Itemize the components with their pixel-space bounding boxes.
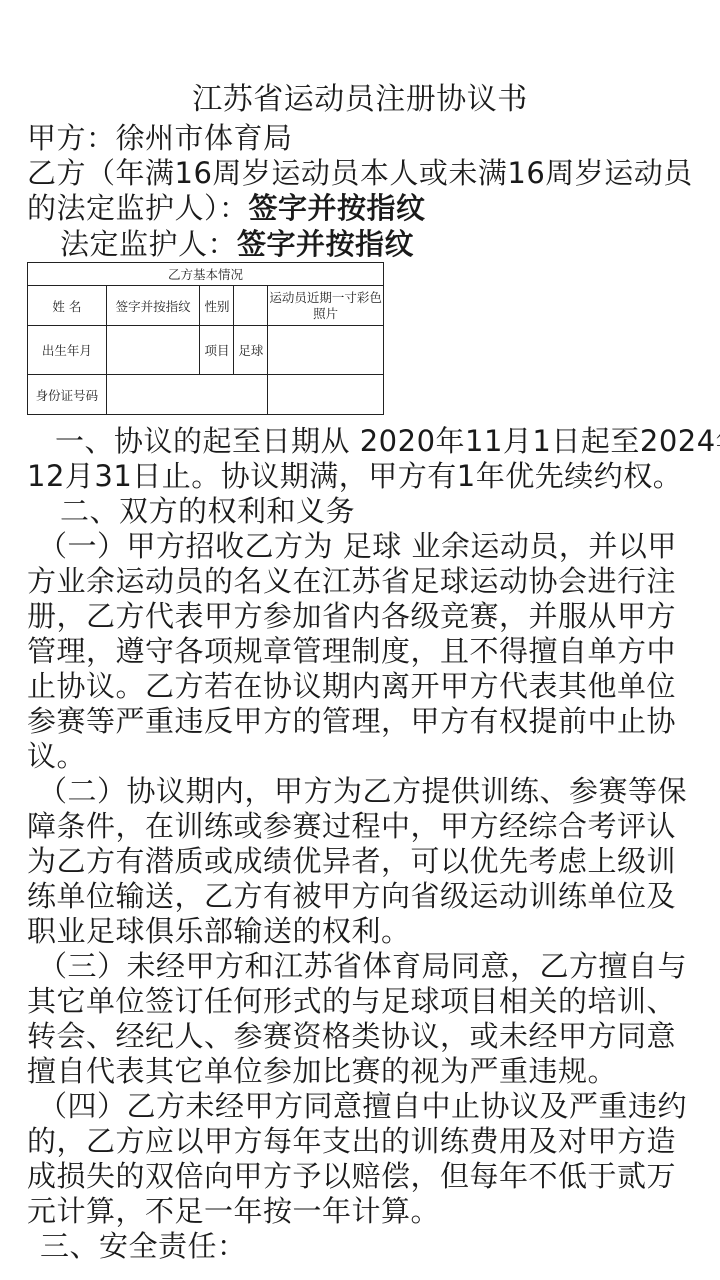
clause-2-2-line-1: （二）协议期内，甲方为乙方提供训练、参赛等保 — [38, 771, 687, 811]
clause-2-1-line-5: 止协议。乙方若在协议期内离开甲方代表其他单位 — [27, 666, 676, 706]
photo-area — [268, 326, 384, 375]
id-label: 身份证号码 — [28, 375, 107, 415]
section-2-heading: 二、双方的权利和义务 — [60, 491, 355, 531]
guardian-line: 法定监护人：签字并按指纹 — [60, 224, 414, 264]
table-title: 乙方基本情况 — [28, 263, 384, 286]
clause-2-3-line-3: 转会、经纪人、参赛资格类协议，或未经甲方同意 — [27, 1016, 676, 1056]
clause-2-1-line-4: 管理，遵守各项规章管理制度，且不得擅自单方中 — [27, 631, 676, 671]
gender-value — [234, 286, 268, 326]
party-b-line-1: 乙方（年满16周岁运动员本人或未满16周岁运动员 — [27, 153, 693, 193]
clause-2-4-line-1: （四）乙方未经甲方同意擅自中止协议及严重违约 — [38, 1086, 687, 1126]
party-b-label: 的法定监护人）： — [27, 191, 249, 225]
section-3-heading: 三、安全责任： — [40, 1226, 247, 1266]
name-label: 姓 名 — [28, 286, 107, 326]
name-value: 签字并按指纹 — [106, 286, 200, 326]
clause-2-1-line-3: 册，乙方代表甲方参加省内各级竞赛，并服从甲方 — [27, 596, 676, 636]
clause-2-2-line-4: 练单位输送，乙方有被甲方向省级运动训练单位及 — [27, 876, 676, 916]
id-value — [106, 375, 268, 415]
clause-2-3-line-4: 擅自代表其它单位参加比赛的视为严重违规。 — [27, 1051, 617, 1091]
photo-area-lower — [268, 375, 384, 415]
document-title: 江苏省运动员注册协议书 — [0, 80, 720, 120]
clause-2-4-line-3: 成损失的双倍向甲方予以赔偿，但每年不低于贰万 — [27, 1156, 676, 1196]
party-b-info-table: 乙方基本情况 姓 名 签字并按指纹 性别 运动员近期一寸彩色照片 出生年月 项目… — [27, 262, 384, 415]
clause-2-4-line-2: 的，乙方应以甲方每年支出的训练费用及对甲方造 — [27, 1121, 676, 1161]
clause-2-3-line-1: （三）未经甲方和江苏省体育局同意，乙方擅自与 — [38, 946, 687, 986]
clause-1-line-2: 12月31日止。协议期满，甲方有1年优先续约权。 — [27, 456, 682, 496]
sport-value: 足球 — [234, 326, 268, 375]
clause-2-1-line-7: 议。 — [27, 736, 86, 776]
gender-label: 性别 — [200, 286, 234, 326]
guardian-signature: 签字并按指纹 — [237, 227, 414, 261]
clause-2-1-line-1: （一）甲方招收乙方为 足球 业余运动员，并以甲 — [38, 526, 677, 566]
party-a: 甲方：徐州市体育局 — [27, 118, 293, 158]
clause-2-1-line-6: 参赛等严重违反甲方的管理，甲方有权提前中止协 — [27, 701, 676, 741]
birth-label: 出生年月 — [28, 326, 107, 375]
agreement-page: 江苏省运动员注册协议书 甲方：徐州市体育局 乙方（年满16周岁运动员本人或未满1… — [0, 0, 720, 1280]
clause-2-2-line-2: 障条件，在训练或参赛过程中，甲方经综合考评认 — [27, 806, 676, 846]
clause-2-4-line-4: 元计算，不足一年按一年计算。 — [27, 1191, 440, 1231]
party-b-line-2: 的法定监护人）：签字并按指纹 — [27, 188, 426, 228]
photo-label: 运动员近期一寸彩色照片 — [268, 286, 384, 326]
sport-label: 项目 — [200, 326, 234, 375]
clause-2-3-line-2: 其它单位签订任何形式的与足球项目相关的培训、 — [27, 981, 676, 1021]
clause-2-2-line-3: 为乙方有潜质或成绩优异者，可以优先考虑上级训 — [27, 841, 676, 881]
clause-1-line-1: 一、协议的起至日期从 2020年11月1日起至2024年 — [55, 421, 720, 461]
guardian-label: 法定监护人： — [60, 227, 237, 261]
clause-2-1-line-2: 方业余运动员的名义在江苏省足球运动协会进行注 — [27, 561, 676, 601]
birth-value — [106, 326, 200, 375]
clause-2-2-line-5: 职业足球俱乐部输送的权利。 — [27, 911, 411, 951]
party-b-signature: 签字并按指纹 — [249, 191, 426, 225]
